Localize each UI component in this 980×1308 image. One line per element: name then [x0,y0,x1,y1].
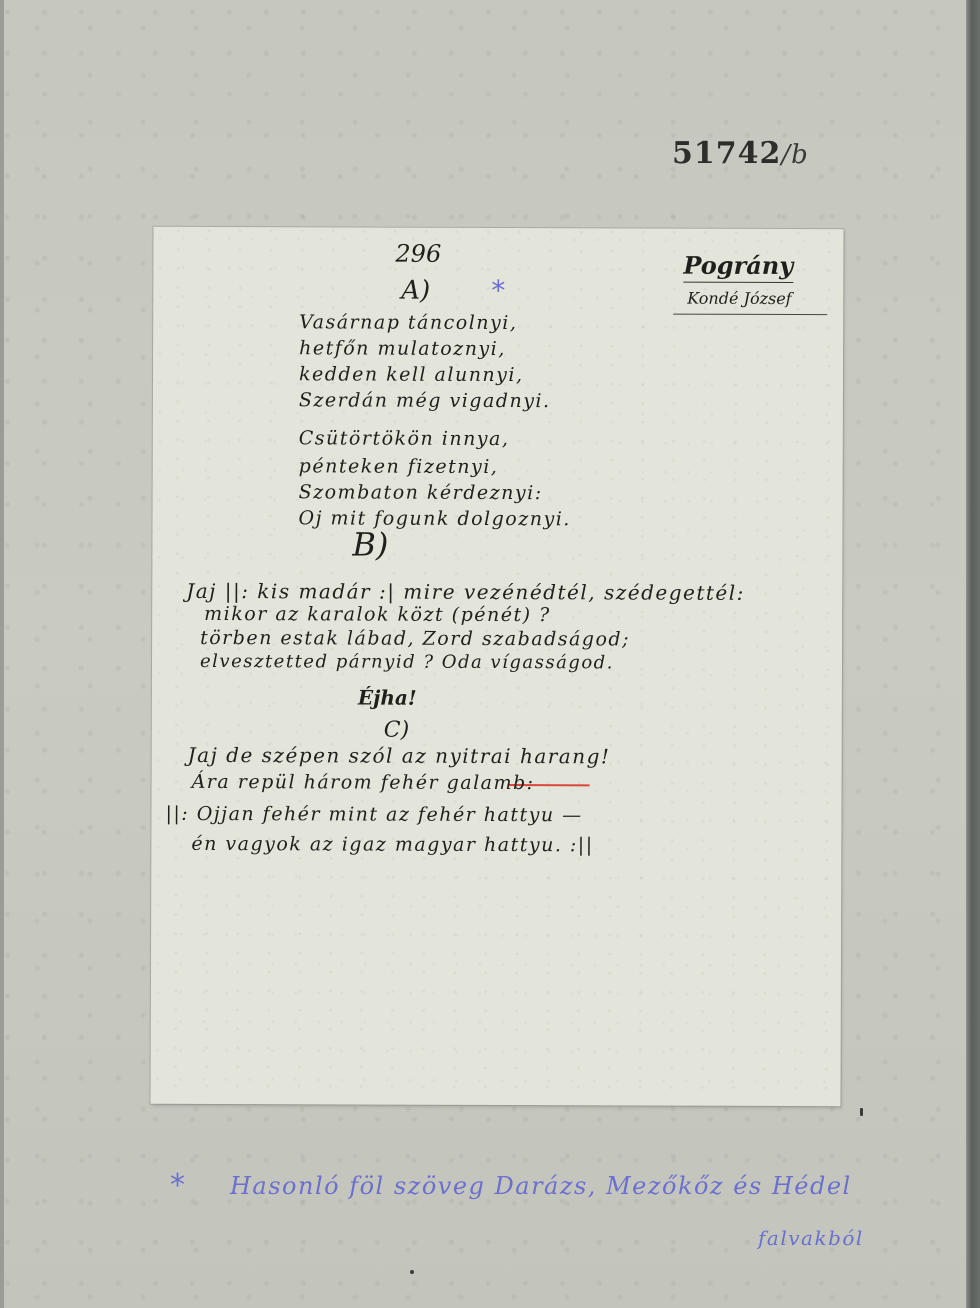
verse-line: Jaj de szépen szól az nyitrai harang! [188,743,611,768]
verse-line: Vasárnap táncolnyi, [299,311,517,334]
inventory-number: 51742/b [672,136,809,171]
verse-line: mikor az karalok közt (pénét) ? [204,603,551,626]
verse-line: pénteken fizetnyi, [299,455,499,478]
verse-line: Szerdán még vigadnyi. [299,389,551,412]
footnote-text: Hasonló föl szöveg Darázs, Mezőkőz és Hé… [230,1172,852,1200]
verse-line: Jaj ||: kis madár :| mire vezénédtél, sz… [186,579,745,605]
section-a-label: A) [401,276,430,306]
mount-speck [860,1108,863,1116]
verse-line: Ára repül három fehér galamb: [192,771,535,794]
section-c-label: C) [384,718,410,743]
mount-speck [410,1270,414,1274]
verse-line: Csütörtökön innya, [299,427,510,450]
informant-name: Kondé József [673,289,827,316]
footnote-asterisk-icon: * [170,1168,187,1203]
inventory-number-main: 51742 [672,136,781,171]
section-b-label: B) [352,525,388,563]
verse-line: Szombaton kérdeznyi: [299,481,543,504]
verse-line: törben estak lábad, Zord szabadságod; [200,627,630,651]
verse-line: kedden kell alunnyi, [299,363,524,386]
place-name: Pográny [683,251,793,283]
verse-line: elvesztetted párnyid ? Oda vígasságod. [200,651,614,673]
mount-left-edge [0,0,4,1308]
refrain: Éjha! [358,686,417,710]
verse-line: ||: Ojjan fehér mint az fehér hattyu — [165,803,582,826]
footnote-text-continued: falvakból [758,1226,864,1250]
manuscript-card: 296 A) * Pográny Kondé József Vasárnap t… [150,227,843,1106]
asterisk-marker-icon: * [491,274,505,307]
verse-line: én vagyok az igaz magyar hattyu. :|| [191,833,593,856]
verse-line: hetfőn mulatoznyi, [299,337,506,360]
verse-line: Oj mit fogunk dolgoznyi. [298,507,570,530]
song-number: 296 [395,240,441,268]
mount-right-edge [966,0,980,1308]
inventory-number-suffix: /b [781,140,808,170]
